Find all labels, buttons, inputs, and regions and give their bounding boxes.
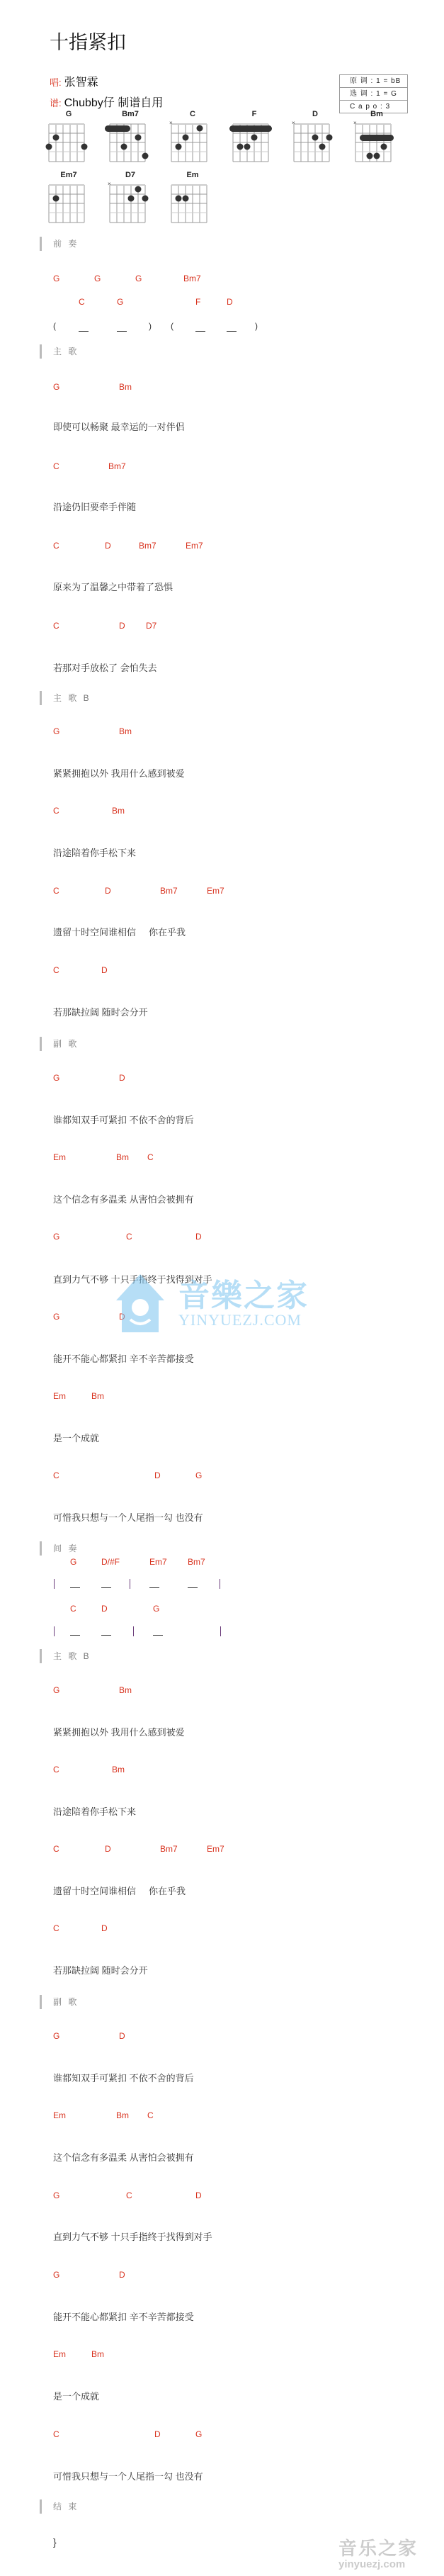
bar-line [220, 1626, 221, 1636]
chord: D [227, 297, 233, 307]
chord: Bm7 [160, 886, 178, 896]
chord: G [53, 1685, 59, 1695]
watermark-logo: 音樂之家 YINYUEZJ.COM [113, 1269, 333, 1336]
chord: F [195, 297, 200, 307]
fretboard-icon [229, 121, 280, 164]
chord: C [53, 1470, 59, 1480]
lyric-line: 沿途仍旧要牵手伴随 [53, 500, 136, 513]
chord-name: Bm [351, 110, 402, 118]
chord-name: D [290, 110, 341, 118]
chord: G [53, 726, 59, 736]
paren: ( [53, 321, 56, 331]
lyric-line: 若那缺拉阔 随时会分开 [53, 1963, 148, 1976]
singer-label: 唱: [50, 77, 62, 88]
lyric-line: 遗留十时空间谁相信 你在乎我 [53, 1884, 186, 1897]
bar-line [54, 1626, 55, 1636]
fretboard-icon [43, 121, 94, 164]
chord: C [53, 1765, 59, 1774]
fretboard-icon [43, 182, 94, 225]
fretboard-icon: × [167, 121, 218, 164]
chord-name: Bm7 [105, 110, 156, 118]
svg-text:×: × [169, 121, 173, 126]
ending-brace: } [53, 2536, 57, 2548]
chord-name: G [43, 110, 94, 118]
lyric-line: 这个信念有多温柔 从害怕会被拥有 [53, 1192, 194, 1205]
lyric-line: 若那缺拉阔 随时会分开 [53, 1005, 148, 1018]
chord: G [53, 1232, 59, 1242]
lyric-line: 直到力气不够 十只手指终于找得到对手 [53, 2229, 212, 2243]
bar-line [130, 1579, 130, 1589]
chord: Bm7 [183, 274, 201, 283]
chord-diagram-f: F [229, 110, 280, 167]
chord: Bm7 [188, 1557, 205, 1567]
singer-name: 张智霖 [64, 77, 98, 89]
chord: C [126, 1232, 132, 1242]
chord: C [53, 541, 59, 551]
beat-dash [70, 1587, 80, 1588]
chord: Bm [91, 2349, 104, 2359]
beat-dash [117, 331, 127, 332]
chord: D [101, 1604, 108, 1614]
chord: D [119, 621, 125, 631]
beat-dash [188, 1587, 198, 1588]
chord: C [53, 886, 59, 896]
chord: Em7 [186, 541, 203, 551]
watermark-text: 音樂之家 [178, 1270, 309, 1315]
original-key: 原 调 : 1 = bB [340, 75, 407, 88]
chord: G [53, 2270, 59, 2280]
song-title: 十指紧扣 [50, 27, 126, 55]
section-chorus: 副 歌 [40, 1995, 79, 2009]
chord: C [53, 1923, 59, 1933]
fretboard-icon: × [290, 121, 341, 164]
chord-diagram-d: D × [290, 110, 341, 167]
chord: C [70, 1604, 76, 1614]
chord: G [195, 1470, 202, 1480]
chord: Bm [112, 1765, 125, 1774]
chord-diagram-bm: Bm × [351, 110, 402, 167]
section-verse-b: 主 歌 B [40, 691, 91, 705]
corner-watermark: 音乐之家 yinyuezj.com [338, 2538, 436, 2572]
chord: Em [53, 2349, 66, 2359]
chord: G [53, 2031, 59, 2041]
lyric-line: 紧紧拥抱以外 我用什么感到被爱 [53, 1725, 185, 1738]
watermark-url: YINYUEZJ.COM [178, 1311, 302, 1329]
chord-diagram-d7: D7 × [105, 171, 156, 227]
chord-name: Em [167, 171, 218, 179]
corner-watermark-url: yinyuezj.com [338, 2558, 436, 2571]
chord: D7 [146, 621, 156, 631]
lyric-line: 原来为了温馨之中带着了恐惧 [53, 580, 173, 593]
chord: G [195, 2429, 202, 2439]
beat-dash [227, 331, 237, 332]
corner-watermark-text: 音乐之家 [338, 2538, 436, 2558]
chord: Em [53, 1152, 66, 1162]
chord: Bm [91, 1391, 104, 1401]
bar-line [220, 1579, 220, 1589]
chord: D [101, 965, 108, 975]
paren: ) [255, 321, 258, 331]
chord: G [153, 1604, 159, 1614]
arranger-row: 谱:Chubby仔 制谱自用 [50, 94, 163, 110]
chord-name: C [167, 110, 218, 118]
chord: G [94, 274, 101, 283]
lyric-line: 可惜我只想与一个人尾指一勾 也没有 [53, 2469, 203, 2482]
beat-dash [149, 1587, 159, 1588]
chord: D [195, 2190, 202, 2200]
paren: ( [171, 321, 173, 331]
lyric-line: 紧紧拥抱以外 我用什么感到被爱 [53, 766, 185, 780]
chord: D [119, 1073, 125, 1083]
chord: Em [53, 1391, 66, 1401]
chord: D [105, 886, 111, 896]
beat-dash [79, 331, 89, 332]
chord-name: Em7 [43, 171, 94, 179]
fretboard-icon: 2 [105, 121, 156, 164]
lyric-line: 即使可以畅聚 最幸运的一对伴侣 [53, 420, 185, 433]
chord-diagram-bm7: Bm7 2 [105, 110, 156, 167]
arranger-label: 谱: [50, 98, 62, 108]
svg-text:×: × [108, 182, 111, 187]
chord: Em7 [207, 886, 224, 896]
chord: C [147, 1152, 154, 1162]
key-info-box: 原 调 : 1 = bB 选 调 : 1 = G C a p o : 3 [339, 74, 408, 113]
chord: G [53, 2190, 59, 2200]
chord: G [70, 1557, 76, 1567]
chord: D [195, 1232, 202, 1242]
chord: C [147, 2110, 154, 2120]
chord-name: F [229, 110, 280, 118]
arranger-name: Chubby仔 制谱自用 [64, 97, 164, 109]
lyric-line: 遗留十时空间谁相信 你在乎我 [53, 925, 186, 938]
chord: C [53, 461, 59, 471]
chord: Bm7 [160, 1844, 178, 1854]
chord: Bm [119, 726, 132, 736]
lyric-line: 这个信念有多温柔 从害怕会被拥有 [53, 2150, 194, 2164]
chord: Bm [116, 2110, 129, 2120]
chord-name: D7 [105, 171, 156, 179]
chord: C [53, 1844, 59, 1854]
section-verse-b: 主 歌 B [40, 1649, 91, 1663]
chord: D/#F [101, 1557, 120, 1567]
beat-dash [153, 1635, 163, 1636]
chord: D [154, 2429, 161, 2439]
paren: ) [149, 321, 152, 331]
chord: G [117, 297, 123, 307]
chord: D [119, 2270, 125, 2280]
svg-text:×: × [292, 121, 295, 126]
chord: C [53, 621, 59, 631]
chord: C [53, 965, 59, 975]
fretboard-icon: × [351, 121, 402, 164]
lyric-line: 能开不能心都紧扣 辛不辛苦都接受 [53, 1351, 194, 1365]
fretboard-icon [167, 182, 218, 225]
chord: G [53, 274, 59, 283]
lyric-line: 若那对手放松了 会怕失去 [53, 660, 157, 674]
selected-key: 选 调 : 1 = G [340, 88, 407, 101]
lyric-line: 沿途陪着你手松下来 [53, 1804, 136, 1818]
chord: G [53, 1312, 59, 1322]
fretboard-icon: × [105, 182, 156, 225]
chord: D [105, 541, 111, 551]
lyric-line: 可惜我只想与一个人尾指一勾 也没有 [53, 1510, 203, 1524]
singer-row: 唱:张智霖 [50, 73, 98, 89]
section-interlude: 间 奏 [40, 1541, 79, 1556]
section-chorus: 副 歌 [40, 1037, 79, 1051]
beat-dash [101, 1635, 111, 1636]
chord: Bm7 [139, 541, 156, 551]
bar-line [54, 1579, 55, 1589]
chord: D [119, 2031, 125, 2041]
chord: D [105, 1844, 111, 1854]
chord: Bm7 [108, 461, 126, 471]
chord: G [53, 1073, 59, 1083]
chord: C [53, 2429, 59, 2439]
chord-diagram-c: C × [167, 110, 218, 167]
lyric-line: 是一个成就 [53, 1431, 99, 1444]
beat-dash [195, 331, 205, 332]
chord: Bm [119, 1685, 132, 1695]
chord: D [154, 1470, 161, 1480]
section-ending: 结 束 [40, 2499, 79, 2514]
lyric-line: 谁都知双手可紧扣 不依不舍的背后 [53, 2071, 194, 2084]
chord: G [135, 274, 142, 283]
chord: C [126, 2190, 132, 2200]
chord: Bm [119, 382, 132, 392]
svg-text:×: × [353, 121, 357, 126]
chord: Em7 [207, 1844, 224, 1854]
chord-diagram-g: G [43, 110, 94, 167]
chord-diagram-em: Em [167, 171, 218, 227]
chord: C [53, 806, 59, 816]
chord-diagram-em7: Em7 [43, 171, 94, 227]
chord: Em [53, 2110, 66, 2120]
beat-dash [101, 1587, 111, 1588]
chord: D [101, 1923, 108, 1933]
section-verse: 主 歌 [40, 344, 79, 359]
lyric-line: 能开不能心都紧扣 辛不辛苦都接受 [53, 2310, 194, 2323]
beat-dash [70, 1635, 80, 1636]
chord: Em7 [149, 1557, 167, 1567]
lyric-line: 沿途陪着你手松下来 [53, 845, 136, 859]
lyric-line: 谁都知双手可紧扣 不依不舍的背后 [53, 1113, 194, 1126]
bar-line [133, 1626, 134, 1636]
lyric-line: 是一个成就 [53, 2389, 99, 2402]
chord: G [53, 382, 59, 392]
chord: Bm [112, 806, 125, 816]
section-intro: 前 奏 [40, 237, 79, 251]
chord: Bm [116, 1152, 129, 1162]
chord: C [79, 297, 85, 307]
